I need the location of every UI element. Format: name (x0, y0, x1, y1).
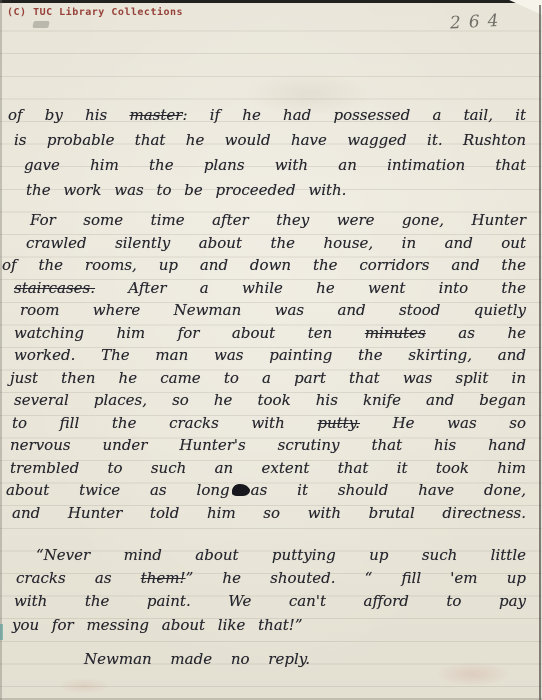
manuscript-text: staircases. (14, 279, 95, 297)
manuscript-text: about twice as long (6, 481, 230, 499)
scan-edge-speck (0, 624, 3, 640)
manuscript-line: the work was to be proceeded with. (0, 178, 538, 203)
manuscript-text: nervous under Hunter's scrutiny that his… (10, 436, 526, 454)
manuscript-text: : if he had possessed a tail, it (182, 106, 526, 124)
manuscript-line: crawled silently about the house, in and… (0, 232, 538, 255)
manuscript-line: cracks as them!” he shouted. “ fill 'em … (0, 567, 538, 590)
manuscript-line: staircases. After a while he went into t… (0, 277, 538, 300)
manuscript-line: gave him the plans with an intimation th… (0, 153, 538, 178)
manuscript-line: and Hunter told him so with brutal direc… (0, 502, 538, 525)
manuscript-text: and Hunter told him so with brutal direc… (12, 504, 526, 522)
manuscript-paragraph: For some time after they were gone, Hunt… (0, 209, 538, 524)
manuscript-line: is probable that he would have wagged it… (0, 128, 538, 153)
manuscript-text: worked. The man was painting the skirtin… (14, 346, 526, 364)
manuscript-line: several places, so he took his knife and… (0, 389, 538, 412)
ink-blot (232, 484, 249, 496)
manuscript-text: room where Newman was and stood quietly (20, 301, 526, 319)
manuscript-line: about twice as longas it should have don… (0, 479, 538, 502)
manuscript-line: Newman made no reply. (0, 647, 538, 671)
manuscript-body: of by his master: if he had possessed a … (0, 0, 542, 700)
manuscript-text: master (129, 106, 182, 124)
manuscript-text: For some time after they were gone, Hunt… (30, 211, 526, 229)
manuscript-text: putty. (317, 414, 360, 432)
manuscript-text: of the rooms, up and down the corridors … (2, 256, 526, 274)
manuscript-paragraph: “Never mind about puttying up such littl… (0, 544, 538, 637)
manuscript-text: to fill the cracks with (12, 414, 317, 432)
manuscript-text: gave him the plans with an intimation th… (24, 156, 526, 174)
manuscript-line: nervous under Hunter's scrutiny that his… (0, 434, 538, 457)
manuscript-text: “Never mind about puttying up such littl… (36, 546, 526, 564)
manuscript-text: is probable that he would have wagged it… (14, 131, 526, 149)
manuscript-page: (C) TUC Library Collections 264 of by hi… (0, 0, 542, 700)
manuscript-line: worked. The man was painting the skirtin… (0, 344, 538, 367)
manuscript-paragraph: Newman made no reply. (0, 647, 538, 671)
manuscript-line: of the rooms, up and down the corridors … (0, 254, 538, 277)
scan-edge-right (539, 5, 541, 700)
manuscript-text: cracks as (16, 569, 141, 587)
manuscript-text: Newman made no reply. (84, 650, 310, 668)
manuscript-text: as he (426, 324, 526, 342)
manuscript-line: “Never mind about puttying up such littl… (0, 544, 538, 567)
manuscript-line: of by his master: if he had possessed a … (0, 103, 538, 128)
manuscript-line: trembled to such an extent that it took … (0, 457, 538, 480)
manuscript-text: with the paint. We can't afford to pay (14, 592, 526, 610)
manuscript-text: minutes (365, 324, 426, 342)
scan-edge-top (0, 0, 542, 3)
scan-edge-left (0, 0, 2, 700)
manuscript-text: After a while he went into the (95, 279, 526, 297)
manuscript-text: crawled silently about the house, in and… (26, 234, 526, 252)
manuscript-line: just then he came to a part that was spl… (0, 367, 538, 390)
manuscript-text: as it should have done, (251, 481, 526, 499)
manuscript-text: several places, so he took his knife and… (14, 391, 526, 409)
manuscript-text: them! (141, 569, 186, 587)
manuscript-line: you for messing about like that!” (0, 614, 538, 637)
manuscript-line: For some time after they were gone, Hunt… (0, 209, 538, 232)
manuscript-line: watching him for about ten minutes as he (0, 322, 538, 345)
manuscript-text: just then he came to a part that was spl… (10, 369, 526, 387)
manuscript-text: He was so (360, 414, 526, 432)
manuscript-text: trembled to such an extent that it took … (10, 459, 526, 477)
manuscript-line: to fill the cracks with putty. He was so (0, 412, 538, 435)
manuscript-line: room where Newman was and stood quietly (0, 299, 538, 322)
manuscript-text: of by his (8, 106, 129, 124)
manuscript-text: you for messing about like that!” (12, 616, 303, 634)
manuscript-text: the work was to be proceeded with. (26, 181, 346, 199)
manuscript-text: watching him for about ten (14, 324, 365, 342)
manuscript-paragraph: of by his master: if he had possessed a … (0, 103, 538, 203)
manuscript-line: with the paint. We can't afford to pay (0, 590, 538, 613)
manuscript-text: ” he shouted. “ fill 'em up (186, 569, 526, 587)
